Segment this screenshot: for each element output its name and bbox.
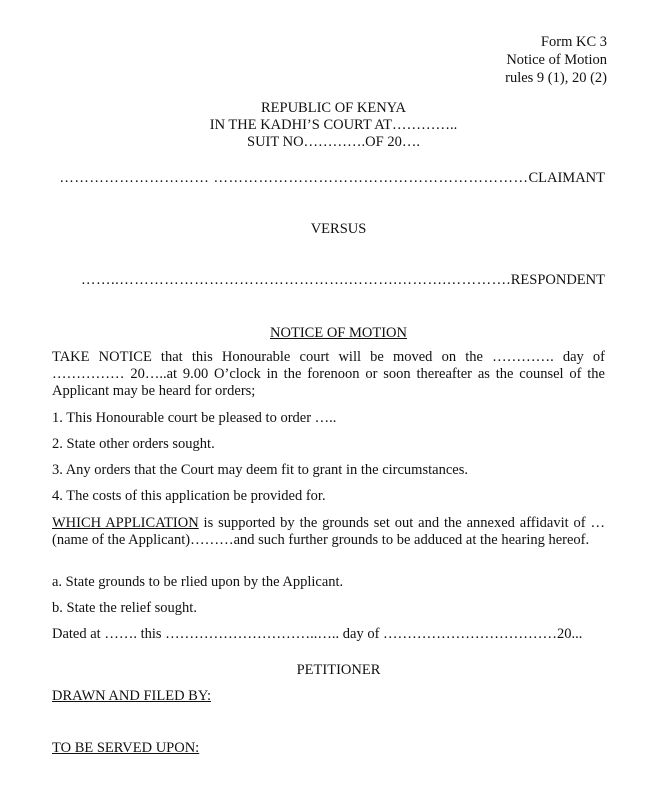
order-item-3: 3. Any orders that the Court may deem fi… bbox=[52, 462, 605, 479]
ground-item-a: a. State grounds to be rlied upon by the… bbox=[52, 574, 605, 591]
form-reference: Form KC 3 Notice of Motion rules 9 (1), … bbox=[505, 33, 607, 87]
to-be-served-upon-heading: TO BE SERVED UPON: bbox=[52, 740, 199, 757]
claimant-label: CLAIMANT bbox=[528, 170, 605, 186]
versus-label: VERSUS bbox=[0, 221, 657, 238]
suit-number: SUIT NO………….OF 20…. bbox=[0, 134, 657, 151]
ground-item-b: b. State the relief sought. bbox=[52, 600, 605, 617]
order-item-2: 2. State other orders sought. bbox=[52, 436, 605, 453]
respondent-label: RESPONDENT bbox=[511, 272, 605, 288]
form-type: Notice of Motion bbox=[505, 51, 607, 69]
court-header: REPUBLIC OF KENYA IN THE KADHI’S COURT A… bbox=[0, 100, 657, 151]
respondent-blank: ……..……………………………………….……….……….…………. bbox=[81, 272, 511, 288]
court-heading: IN THE KADHI’S COURT AT………….. bbox=[0, 117, 657, 134]
claimant-blank: ………………………… ……………………………………………………… bbox=[59, 170, 528, 186]
notice-title: NOTICE OF MOTION bbox=[0, 325, 657, 342]
form-number: Form KC 3 bbox=[505, 33, 607, 51]
which-application-heading: WHICH APPLICATION bbox=[52, 515, 199, 531]
drawn-and-filed-by-heading: DRAWN AND FILED BY: bbox=[52, 688, 211, 705]
republic-heading: REPUBLIC OF KENYA bbox=[0, 100, 657, 117]
form-rules: rules 9 (1), 20 (2) bbox=[505, 69, 607, 87]
order-item-1: 1. This Honourable court be pleased to o… bbox=[52, 410, 605, 427]
which-application-paragraph: WHICH APPLICATION is supported by the gr… bbox=[52, 515, 605, 549]
petitioner-label: PETITIONER bbox=[0, 662, 657, 679]
dated-line: Dated at ……. this …………………………..….. day of… bbox=[52, 626, 605, 643]
take-notice-paragraph: TAKE NOTICE that this Honourable court w… bbox=[52, 349, 605, 400]
claimant-line: ………………………… ………………………………………………………CLAIMANT bbox=[52, 170, 605, 187]
order-item-4: 4. The costs of this application be prov… bbox=[52, 488, 605, 505]
respondent-line: ……..……………………………………….……….……….………….RESPOND… bbox=[52, 272, 605, 289]
